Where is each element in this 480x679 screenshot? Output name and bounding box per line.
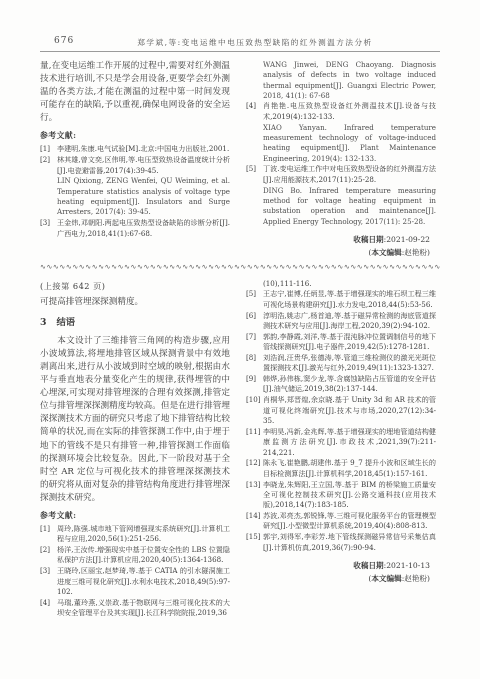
- reference-number: [5]: [246, 164, 263, 227]
- page-header: 676 郑学斌,等:变电运维中电压致热型缺陷的红外测温方法分析: [40, 36, 440, 52]
- reference-text: 马瑞,董玲燕,义崇政.基于物联网与三维可视化技术的大坝安全管理平台及其实现[J]…: [57, 598, 230, 619]
- reference-item: [13] 李晓龙,朱辉阳,王立国,等.基于 BIM 的桥梁施工质量安全可视化控制…: [246, 480, 436, 511]
- reference-text-zh: 肖艳艳.电压致热型设备红外测温技术[J].设备与技术,2019(4):132-1…: [263, 101, 436, 120]
- reference-text: 韩烨,孙伟栋,窦少龙,等.含腐蚀缺陷占压管道的安全评估[J].油气储运,2019…: [263, 374, 436, 395]
- reference-number: [3]: [40, 566, 57, 597]
- reference-text: 李建明,朱康.电气试验[M].北京:中国电力出版社,2001.: [57, 144, 230, 154]
- reference-text: 郭韵,李静霞,刘洋,等.基于混沌脉冲位置调制信号的地下管线探测研究[J].电子器…: [263, 332, 436, 353]
- received-date-value: :2021-10-13: [384, 561, 430, 570]
- page-content: 量,在变电运维工作开展的过程中,需要对红外测温技术进行培训,不只是学会用设备,更…: [40, 60, 440, 619]
- reference-number: [8]: [246, 353, 263, 374]
- reference-number: [3]: [40, 218, 57, 239]
- reference-item: [1] 周玲,陈强.城市地下管网增强现实系统研究[J].计算机工程与应用,202…: [40, 524, 230, 545]
- references-heading: 参考文献:: [40, 510, 230, 521]
- editor-value: :赵艳粉): [402, 574, 430, 583]
- reference-number: [12]: [246, 458, 263, 479]
- reference-number: [6]: [246, 311, 263, 332]
- lead-line: 可提高排管埋深探测精度。: [40, 295, 230, 307]
- reference-continuation-en: WANG Jinwei, DENG Chaoyang. Diagnosis an…: [263, 60, 436, 101]
- reference-text: 刘浩润,汪贵华,张德涛,等.管道三维检测仪的激光光斑位置探测技术[J].激光与红…: [263, 353, 436, 374]
- reference-item: [1] 李建明,朱康.电气试验[M].北京:中国电力出版社,2001.: [40, 144, 230, 154]
- reference-text: 郭宇,刘得军,李彩芳.地下管线探测磁异常信号采集估真[J].计算机仿真,2019…: [263, 532, 436, 553]
- reference-text-zh: 林其雄,曾文奕,区伟明,等.电压型致热设备温度统计分析[J].电瓷避雷器,201…: [57, 155, 230, 174]
- reference-item: [2] 林其雄,曾文奕,区伟明,等.电压型致热设备温度统计分析[J].电瓷避雷器…: [40, 155, 230, 218]
- reference-text-en: DING Bo. Infrared temperature measuring …: [263, 186, 436, 227]
- section-title: 结语: [56, 317, 75, 328]
- upper-article-columns: 量,在变电运维工作开展的过程中,需要对红外测温技术进行培训,不只是学会用设备,更…: [40, 60, 440, 256]
- reference-text: 林其雄,曾文奕,区伟明,等.电压型致热设备温度统计分析[J].电瓷避雷器,201…: [57, 155, 230, 218]
- header-rule: [40, 51, 440, 52]
- editor-label: 本文编辑: [371, 574, 401, 583]
- reference-item: [9] 韩烨,孙伟栋,窦少龙,等.含腐蚀缺陷占压管道的安全评估[J].油气储运,…: [246, 374, 436, 395]
- reference-item: [11] 李明昊,冯新,金兆辉,等.基于增强现实的埋地管道结构健康监测方法研究[…: [246, 427, 436, 458]
- received-date-line: 收稿日期:2021-09-22: [246, 233, 430, 246]
- reference-text-zh: 丁波.变电运维工作中对电压致热型设备的红外测温方法[J].应用能源技术,2017…: [263, 164, 436, 183]
- reference-item: [14] 苏波,邓亮杰,郭锐锋,等.三维可视化服务平台的管理模型研究[J].小型…: [246, 511, 436, 532]
- reference-text: 王晓玲,区丽宝,赵梦琦,等.基于 CATIA 的引水隧洞施工进度三维可视化研究[…: [57, 566, 230, 597]
- reference-number: [14]: [246, 511, 263, 532]
- reference-item: [5] 王志宁,崔博,任炳昱,等.基于增强现实的堆石坝工程三维可视化场景构建研究…: [246, 289, 436, 310]
- reference-text: 周玲,陈强.城市地下管网增强现实系统研究[J].计算机工程与应用,2020,56…: [57, 524, 230, 545]
- manuscript-dates: 收稿日期:2021-10-13 (本文编辑:赵艳粉): [246, 559, 436, 586]
- reference-text: 丁波.变电运维工作中对电压致热型设备的红外测温方法[J].应用能源技术,2017…: [263, 164, 436, 227]
- reference-item: [4] 肖艳艳.电压致热型设备红外测温技术[J].设备与技术,2019(4):1…: [246, 101, 436, 164]
- journal-page: 676 郑学斌,等:变电运维中电压致热型缺陷的红外测温方法分析 量,在变电运维工…: [0, 0, 480, 679]
- reference-number: [2]: [40, 155, 57, 218]
- upper-left-column: 量,在变电运维工作开展的过程中,需要对红外测温技术进行培训,不只是学会用设备,更…: [40, 60, 230, 256]
- received-date-value: :2021-09-22: [384, 235, 430, 244]
- lower-article-columns: (上接第 642 页) 可提高排管埋深探测精度。 3结语 本文设计了三维排管三角…: [40, 279, 440, 619]
- reference-text: 李晓龙,朱辉阳,王立国,等.基于 BIM 的桥梁施工质量安全可视化控制技术研究[…: [263, 480, 436, 511]
- reference-item: [4] 马瑞,董玲燕,义崇政.基于物联网与三维可视化技术的大坝安全管理平台及其实…: [40, 598, 230, 619]
- reference-continuation: (10),111-116.: [263, 279, 436, 289]
- reference-number: [13]: [246, 480, 263, 511]
- reference-number: [15]: [246, 532, 263, 553]
- upper-right-column: WANG Jinwei, DENG Chaoyang. Diagnosis an…: [246, 60, 436, 256]
- reference-item: [10] 肖桐华,郑晋煌,余京晓.基于 Unity 3d 和 AR 技术的管道可…: [246, 395, 436, 426]
- reference-text-en: XIAO Yanyan. Infrared temperature measur…: [263, 123, 436, 164]
- reference-number: [2]: [40, 545, 57, 566]
- editor-label: 本文编辑: [371, 248, 401, 256]
- reference-item: [15] 郭宇,刘得军,李彩芳.地下管线探测磁异常信号采集估真[J].计算机仿真…: [246, 532, 436, 553]
- reference-item: [5] 丁波.变电运维工作中对电压致热型设备的红外测温方法[J].应用能源技术,…: [246, 164, 436, 227]
- reference-number: [7]: [246, 332, 263, 353]
- references-heading: 参考文献:: [40, 130, 230, 141]
- reference-number: [11]: [246, 427, 263, 458]
- reference-text: 肖艳艳.电压致热型设备红外测温技术[J].设备与技术,2019(4):132-1…: [263, 101, 436, 164]
- section-heading: 3结语: [40, 314, 230, 328]
- reference-text: 李明昊,冯新,金兆辉,等.基于增强现实的埋地管道结构健康监测方法研究[J].市政…: [263, 427, 436, 458]
- received-date-label: 收稿日期: [353, 235, 383, 244]
- conclusion-paragraph: 本文设计了三维排管三角网的构造步骤,应用小波域算法,将埋地排管区域从探测背景中有…: [40, 335, 230, 505]
- reference-number: [9]: [246, 374, 263, 395]
- section-number: 3: [40, 317, 46, 328]
- reference-item: [12] 陈永飞,崔艳鹏,胡建伟.基于 9_7 提升小波和区域生长的目标检测算法…: [246, 458, 436, 479]
- reference-item: [3] 王晓玲,区丽宝,赵梦琦,等.基于 CATIA 的引水隧洞施工进度三维可视…: [40, 566, 230, 597]
- running-title: 郑学斌,等:变电运维中电压致热型缺陷的红外测温方法分析: [80, 37, 430, 48]
- reference-text: 陈永飞,崔艳鹏,胡建伟.基于 9_7 提升小波和区域生长的目标检测算法[J].计…: [263, 458, 436, 479]
- reference-number: [4]: [40, 598, 57, 619]
- received-date-line: 收稿日期:2021-10-13: [246, 559, 430, 572]
- reference-number: [4]: [246, 101, 263, 164]
- editor-line: (本文编辑:赵艳粉): [246, 572, 430, 585]
- received-date-label: 收稿日期: [353, 561, 383, 570]
- reference-text: 王志宁,崔博,任炳昱,等.基于增强现实的堆石坝工程三维可视化场景构建研究[J].…: [263, 289, 436, 310]
- reference-item: [3] 王金炜,邓朝阳.两起电压致热型设备缺陷的诊断分析[J].广西电力,201…: [40, 218, 230, 239]
- closing-paragraph: 量,在变电运维工作开展的过程中,需要对红外测温技术进行培训,不只是学会用设备,更…: [40, 60, 230, 125]
- reference-number: [10]: [246, 395, 263, 426]
- page-number: 676: [54, 36, 74, 46]
- reference-text-en: LIN Qixiong, ZENG Wenfei, QU Weiming, et…: [57, 176, 230, 217]
- reference-text: 杨洋,王汝传.增强现实中基于位置安全性的 LBS 位置隐私保护方法[J].计算机…: [57, 545, 230, 566]
- lower-right-column: (10),111-116. [5] 王志宁,崔博,任炳昱,等.基于增强现实的堆石…: [246, 279, 436, 619]
- article-separator-ornament: ∿∿∿∿∿∿∿∿∿∿∿∿∿∿∿∿∿∿∿∿∿∿∿∿∿∿∿∿∿∿∿∿∿∿∿∿∿∿∿∿…: [40, 263, 440, 273]
- reference-number: [1]: [40, 524, 57, 545]
- editor-value: :赵艳粉): [402, 248, 430, 256]
- continued-from-note: (上接第 642 页): [40, 281, 230, 292]
- reference-text: 肖桐华,郑晋煌,余京晓.基于 Unity 3d 和 AR 技术的管道可视化终端研…: [263, 395, 436, 426]
- reference-item: [6] 淳明浩,姚志广,杨首迪,等.基于磁异常检测的海底管道探测技术研究与应用[…: [246, 311, 436, 332]
- reference-text: 王金炜,邓朝阳.两起电压致热型设备缺陷的诊断分析[J].广西电力,2018,41…: [57, 218, 230, 239]
- editor-line: (本文编辑:赵艳粉): [246, 246, 430, 256]
- reference-text: 苏波,邓亮杰,郭锐锋,等.三维可视化服务平台的管理模型研究[J].小型微型计算机…: [263, 511, 436, 532]
- reference-item: [8] 刘浩润,汪贵华,张德涛,等.管道三维检测仪的激光光斑位置探测技术[J].…: [246, 353, 436, 374]
- reference-item: [2] 杨洋,王汝传.增强现实中基于位置安全性的 LBS 位置隐私保护方法[J]…: [40, 545, 230, 566]
- manuscript-dates: 收稿日期:2021-09-22 (本文编辑:赵艳粉): [246, 233, 436, 256]
- reference-item: [7] 郭韵,李静霞,刘洋,等.基于混沌脉冲位置调制信号的地下管线探测研究[J]…: [246, 332, 436, 353]
- reference-number: [5]: [246, 289, 263, 310]
- reference-number: [1]: [40, 144, 57, 154]
- reference-text: 淳明浩,姚志广,杨首迪,等.基于磁异常检测的海底管道探测技术研究与应用[J].海…: [263, 311, 436, 332]
- lower-left-column: (上接第 642 页) 可提高排管埋深探测精度。 3结语 本文设计了三维排管三角…: [40, 279, 230, 619]
